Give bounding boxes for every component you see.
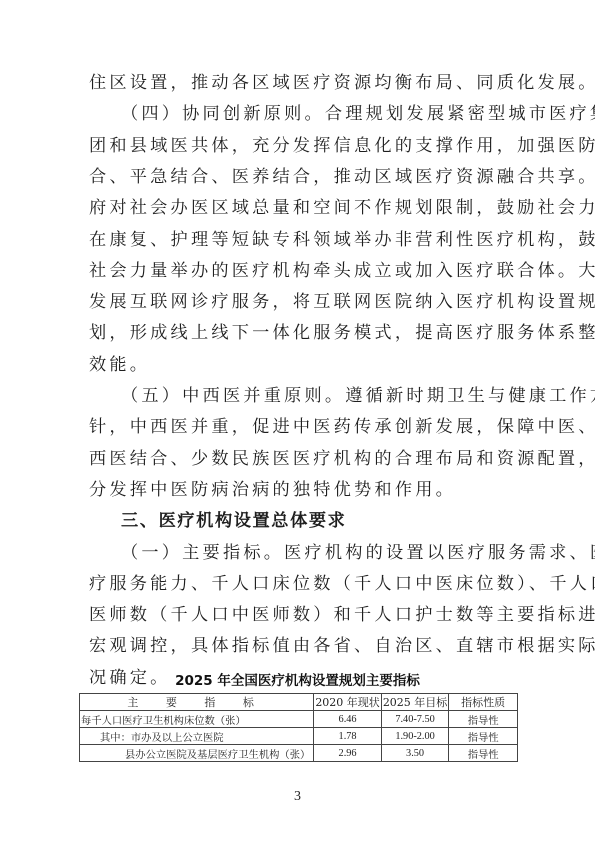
paragraph-line: 宏观调控，具体指标值由各省、自治区、直辖市根据实际情	[89, 635, 509, 657]
paragraph-line: 团和县域医共体，充分发挥信息化的支撑作用，加强医防融	[89, 135, 509, 157]
nature-cell: 指导性	[449, 745, 518, 762]
paragraph-line: 划，形成线上线下一体化服务模式，提高医疗服务体系整体	[89, 322, 509, 344]
indicator-cell: 其中：市办及以上公立医院	[80, 728, 314, 745]
paragraph-line: 在康复、护理等短缺专科领域举办非营利性医疗机构，鼓励	[89, 229, 509, 251]
header-indicator: 主 要 指 标	[80, 694, 314, 711]
paragraph-line: 西医结合、少数民族医医疗机构的合理布局和资源配置，充	[89, 448, 509, 470]
paragraph-line: （五）中西医并重原则。遵循新时期卫生与健康工作方	[121, 385, 509, 407]
table-row: 每千人口医疗卫生机构床位数（张） 6.46 7.40-7.50 指导性	[80, 711, 518, 728]
nature-cell: 指导性	[449, 728, 518, 745]
header-2020: 2020 年现状	[314, 694, 382, 711]
target-2025-cell: 7.40-7.50	[381, 711, 449, 728]
paragraph-line: 医师数（千人口中医师数）和千人口护士数等主要指标进行	[89, 604, 509, 626]
paragraph-line: （四）协同创新原则。合理规划发展紧密型城市医疗集	[121, 103, 509, 125]
paragraph-line: （一）主要指标。医疗机构的设置以医疗服务需求、医	[121, 542, 509, 564]
document-page: 住区设置，推动各区域医疗资源均衡布局、同质化发展。 （四）协同创新原则。合理规划…	[0, 0, 595, 841]
current-2020-cell: 6.46	[314, 711, 382, 728]
header-2025: 2025 年目标	[381, 694, 449, 711]
paragraph-line: 效能。	[89, 354, 509, 376]
paragraph-line: 疗服务能力、千人口床位数（千人口中医床位数）、千人口	[89, 573, 509, 595]
paragraph-line: 住区设置，推动各区域医疗资源均衡布局、同质化发展。	[89, 72, 509, 94]
current-2020-cell: 2.96	[314, 745, 382, 762]
section-heading: 三、医疗机构设置总体要求	[121, 510, 509, 532]
indicator-cell: 每千人口医疗卫生机构床位数（张）	[80, 711, 314, 728]
indicator-cell: 县办公立医院及基层医疗卫生机构（张）	[80, 745, 314, 762]
paragraph-line: 社会力量举办的医疗机构牵头成立或加入医疗联合体。大力	[89, 260, 509, 282]
nature-cell: 指导性	[449, 711, 518, 728]
table-header-row: 主 要 指 标 2020 年现状 2025 年目标 指标性质	[80, 694, 518, 711]
metrics-table: 主 要 指 标 2020 年现状 2025 年目标 指标性质 每千人口医疗卫生机…	[79, 693, 518, 762]
paragraph-line: 针，中西医并重，促进中医药传承创新发展，保障中医、中	[89, 416, 509, 438]
table-row: 其中：市办及以上公立医院 1.78 1.90-2.00 指导性	[80, 728, 518, 745]
page-number: 3	[0, 789, 595, 805]
paragraph-line: 府对社会办医区域总量和空间不作规划限制，鼓励社会力量	[89, 197, 509, 219]
paragraph-line: 分发挥中医防病治病的独特优势和作用。	[89, 479, 509, 501]
paragraph-line: 发展互联网诊疗服务，将互联网医院纳入医疗机构设置规	[89, 291, 509, 313]
header-nature: 指标性质	[449, 694, 518, 711]
table-title: 2025 年全国医疗机构设置规划主要指标	[0, 671, 595, 691]
current-2020-cell: 1.78	[314, 728, 382, 745]
target-2025-cell: 3.50	[381, 745, 449, 762]
table-row: 县办公立医院及基层医疗卫生机构（张） 2.96 3.50 指导性	[80, 745, 518, 762]
paragraph-line: 合、平急结合、医养结合，推动区域医疗资源融合共享。政	[89, 166, 509, 188]
target-2025-cell: 1.90-2.00	[381, 728, 449, 745]
